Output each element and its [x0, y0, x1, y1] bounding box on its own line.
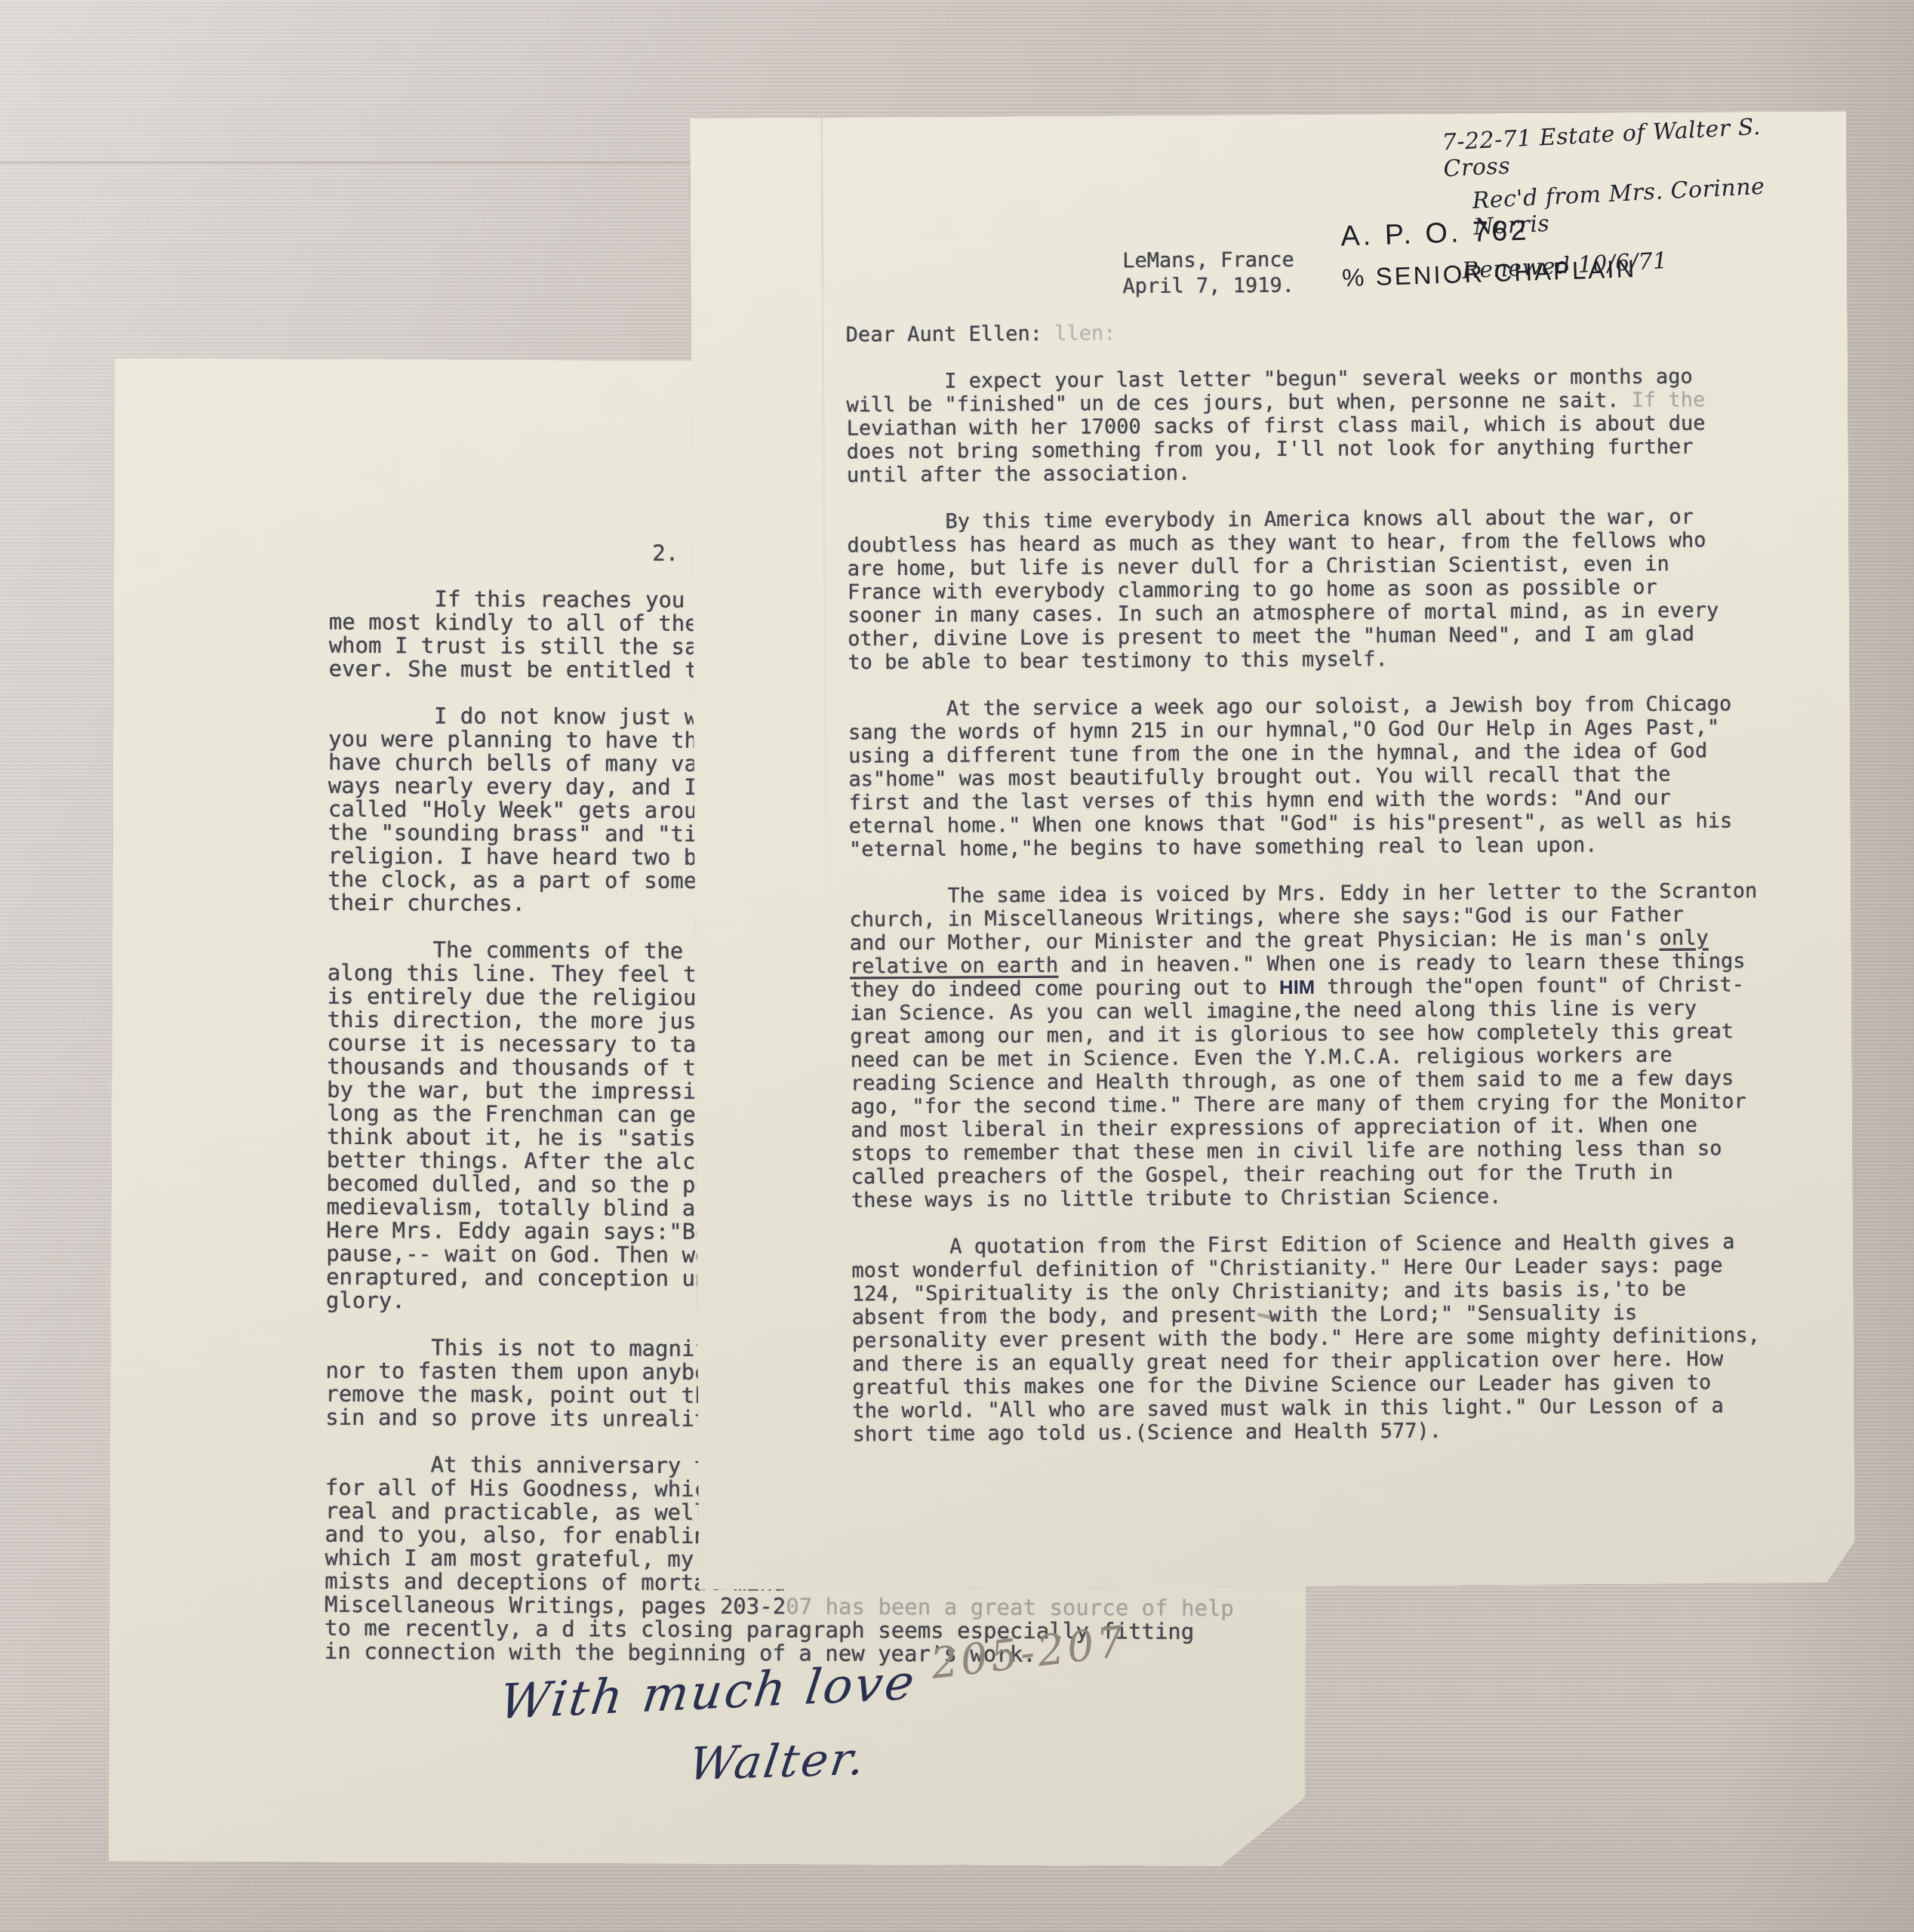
typed-span: If the — [1632, 388, 1706, 412]
typed-line: to be able to bear testimony to this mys… — [848, 645, 1756, 674]
page-1-typed-content: Dear Aunt Ellen: llen: I expect your las… — [846, 318, 1761, 1446]
letter-dateline: LeMans, France April 7, 1919. — [1122, 248, 1294, 300]
typed-paragraph: At the service a week ago our soloist, a… — [848, 692, 1757, 861]
typed-line: until after the association. — [847, 458, 1755, 487]
note-line: 7-22-71 Estate of Walter S. Cross — [1442, 110, 1829, 182]
typed-span: HIM — [1279, 977, 1315, 998]
typed-paragraph: The same idea is voiced by Mrs. Eddy in … — [849, 879, 1759, 1212]
date-line: April 7, 1919. — [1122, 273, 1294, 300]
salutation: Dear Aunt Ellen: llen: — [846, 318, 1754, 346]
typed-line: short time ago told us.(Science and Heal… — [853, 1417, 1761, 1446]
typed-span: llen: — [1042, 321, 1116, 346]
typed-line: Dear Aunt Ellen: llen: — [846, 318, 1754, 346]
typed-span: only — [1659, 926, 1708, 949]
typed-paragraph: A quotation from the First Edition of Sc… — [851, 1230, 1761, 1446]
apo-number: A. P. O. 762 — [1340, 211, 1636, 254]
place-line: LeMans, France — [1122, 248, 1294, 274]
typed-span: 07 has been a great source of help — [786, 1593, 1234, 1621]
letter-page-1: 7-22-71 Estate of Walter S. Cross Rec'd … — [690, 111, 1855, 1589]
typed-line: "eternal home,"he begins to have somethi… — [849, 832, 1757, 861]
typed-paragraph: I expect your last letter "begun" severa… — [846, 365, 1755, 487]
care-of-senior-chaplain: % SENIOR CHAPLAIN — [1342, 254, 1637, 293]
typed-paragraph: By this time everybody in America knows … — [847, 505, 1756, 674]
typed-span: they do indeed come pouring out to — [850, 976, 1279, 1001]
typed-line: these ways is no little tribute to Chris… — [851, 1183, 1759, 1212]
fabric-seam-line — [0, 162, 708, 164]
handwritten-signature-block: With much love Walter. — [501, 1664, 914, 1788]
signature-name: Walter. — [685, 1731, 919, 1791]
typed-span: Dear Aunt Ellen: — [846, 322, 1042, 347]
paper-crease — [820, 118, 828, 1030]
photo-of-typewritten-letters: 2. If this reaches you in time fme most … — [0, 0, 1914, 1932]
typed-span: through the"open fount" of Christ- — [1315, 973, 1744, 998]
signature-closing: With much love — [497, 1655, 920, 1730]
typed-span: relative on earth — [850, 954, 1059, 979]
handwritten-apo-address: A. P. O. 762 % SENIOR CHAPLAIN — [1340, 211, 1637, 293]
